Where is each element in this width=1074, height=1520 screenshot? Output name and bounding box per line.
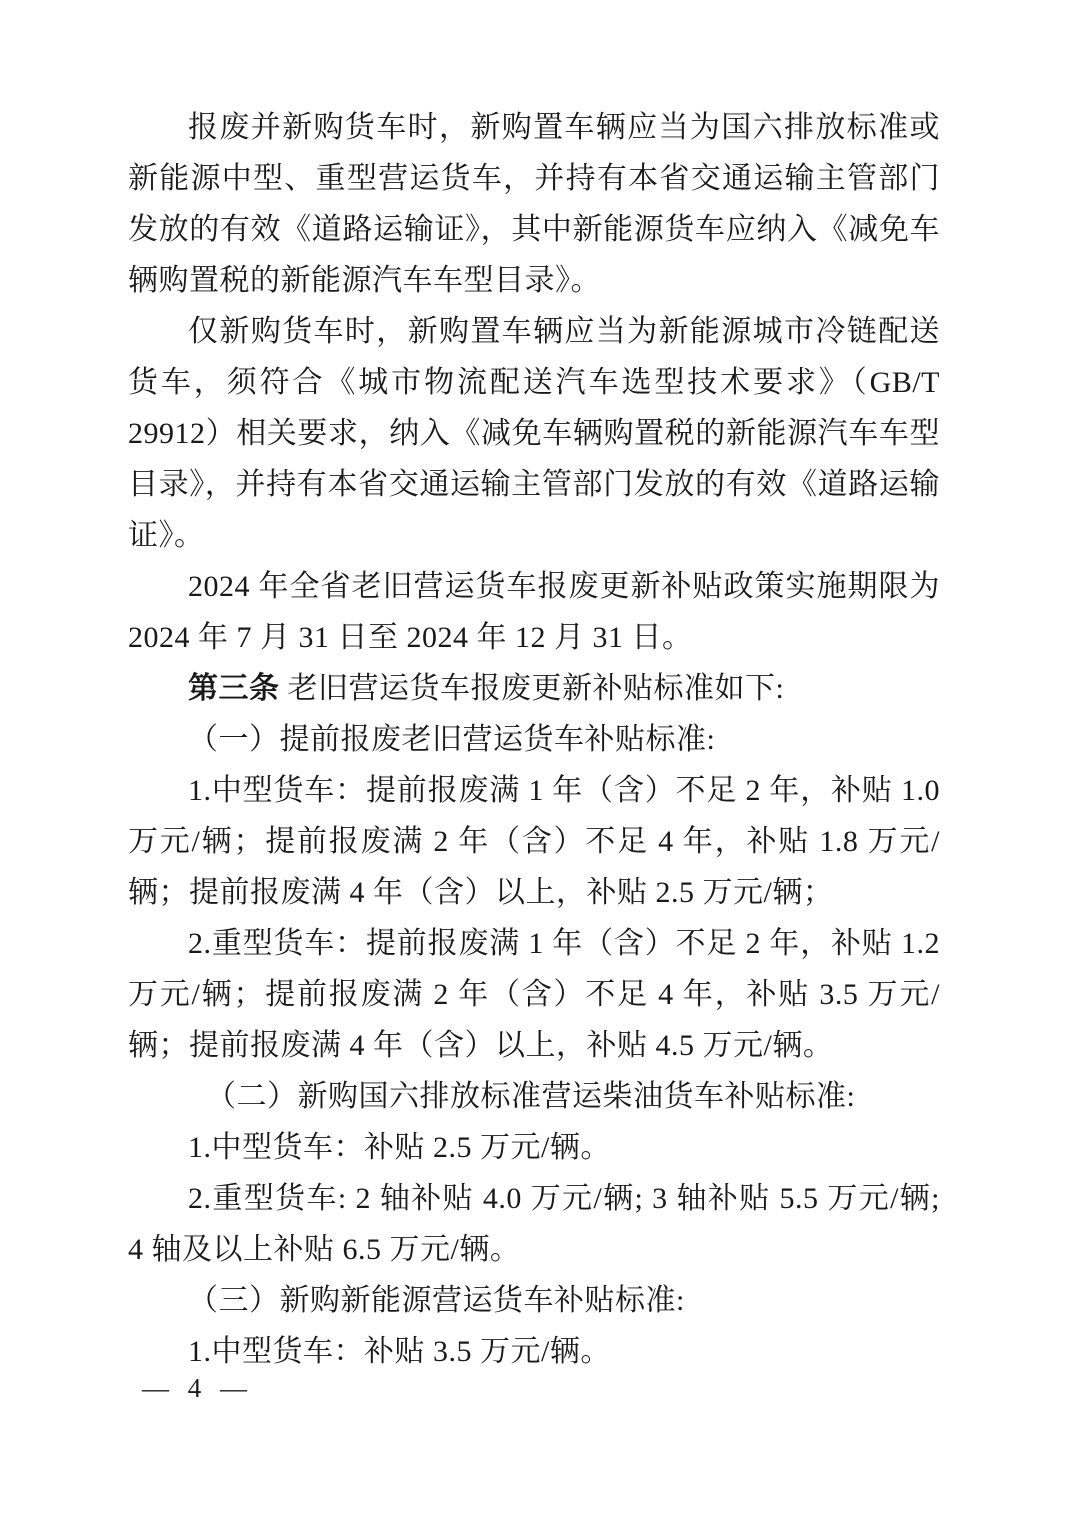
- paragraph-item-1-heavy-truck: 2.重型货车：提前报废满 1 年（含）不足 2 年，补贴 1.2 万元/辆；提前…: [128, 918, 940, 1071]
- paragraph-article-3-heading: 第三条 老旧营运货车报废更新补贴标准如下:: [128, 663, 940, 714]
- paragraph-policy-period: 2024 年全省老旧营运货车报废更新补贴政策实施期限为 2024 年 7 月 3…: [128, 561, 940, 663]
- paragraph-item-2-heading: （二）新购国六排放标准营运柴油货车补贴标准:: [128, 1071, 940, 1122]
- article-3-number: 第三条: [188, 672, 280, 705]
- paragraph-newbuy-only-requirements: 仅新购货车时，新购置车辆应当为新能源城市冷链配送货车，须符合《城市物流配送汽车选…: [128, 306, 940, 561]
- paragraph-item-2-heavy-truck: 2.重型货车: 2 轴补贴 4.0 万元/辆; 3 轴补贴 5.5 万元/辆; …: [128, 1173, 940, 1275]
- document-body: 报废并新购货车时，新购置车辆应当为国六排放标准或新能源中型、重型营运货车，并持有…: [128, 102, 940, 1377]
- article-3-title: 老旧营运货车报废更新补贴标准如下:: [280, 672, 785, 705]
- document-page: 报废并新购货车时，新购置车辆应当为国六排放标准或新能源中型、重型营运货车，并持有…: [0, 0, 1074, 1520]
- page-number: — 4 —: [142, 1368, 253, 1408]
- paragraph-item-2-medium-truck: 1.中型货车：补贴 2.5 万元/辆。: [128, 1122, 940, 1173]
- paragraph-item-1-medium-truck: 1.中型货车：提前报废满 1 年（含）不足 2 年，补贴 1.0 万元/辆；提前…: [128, 765, 940, 918]
- paragraph-scrap-and-newbuy-requirements: 报废并新购货车时，新购置车辆应当为国六排放标准或新能源中型、重型营运货车，并持有…: [128, 102, 940, 306]
- paragraph-item-3-heading: （三）新购新能源营运货车补贴标准:: [128, 1275, 940, 1326]
- paragraph-item-1-heading: （一）提前报废老旧营运货车补贴标准:: [128, 714, 940, 765]
